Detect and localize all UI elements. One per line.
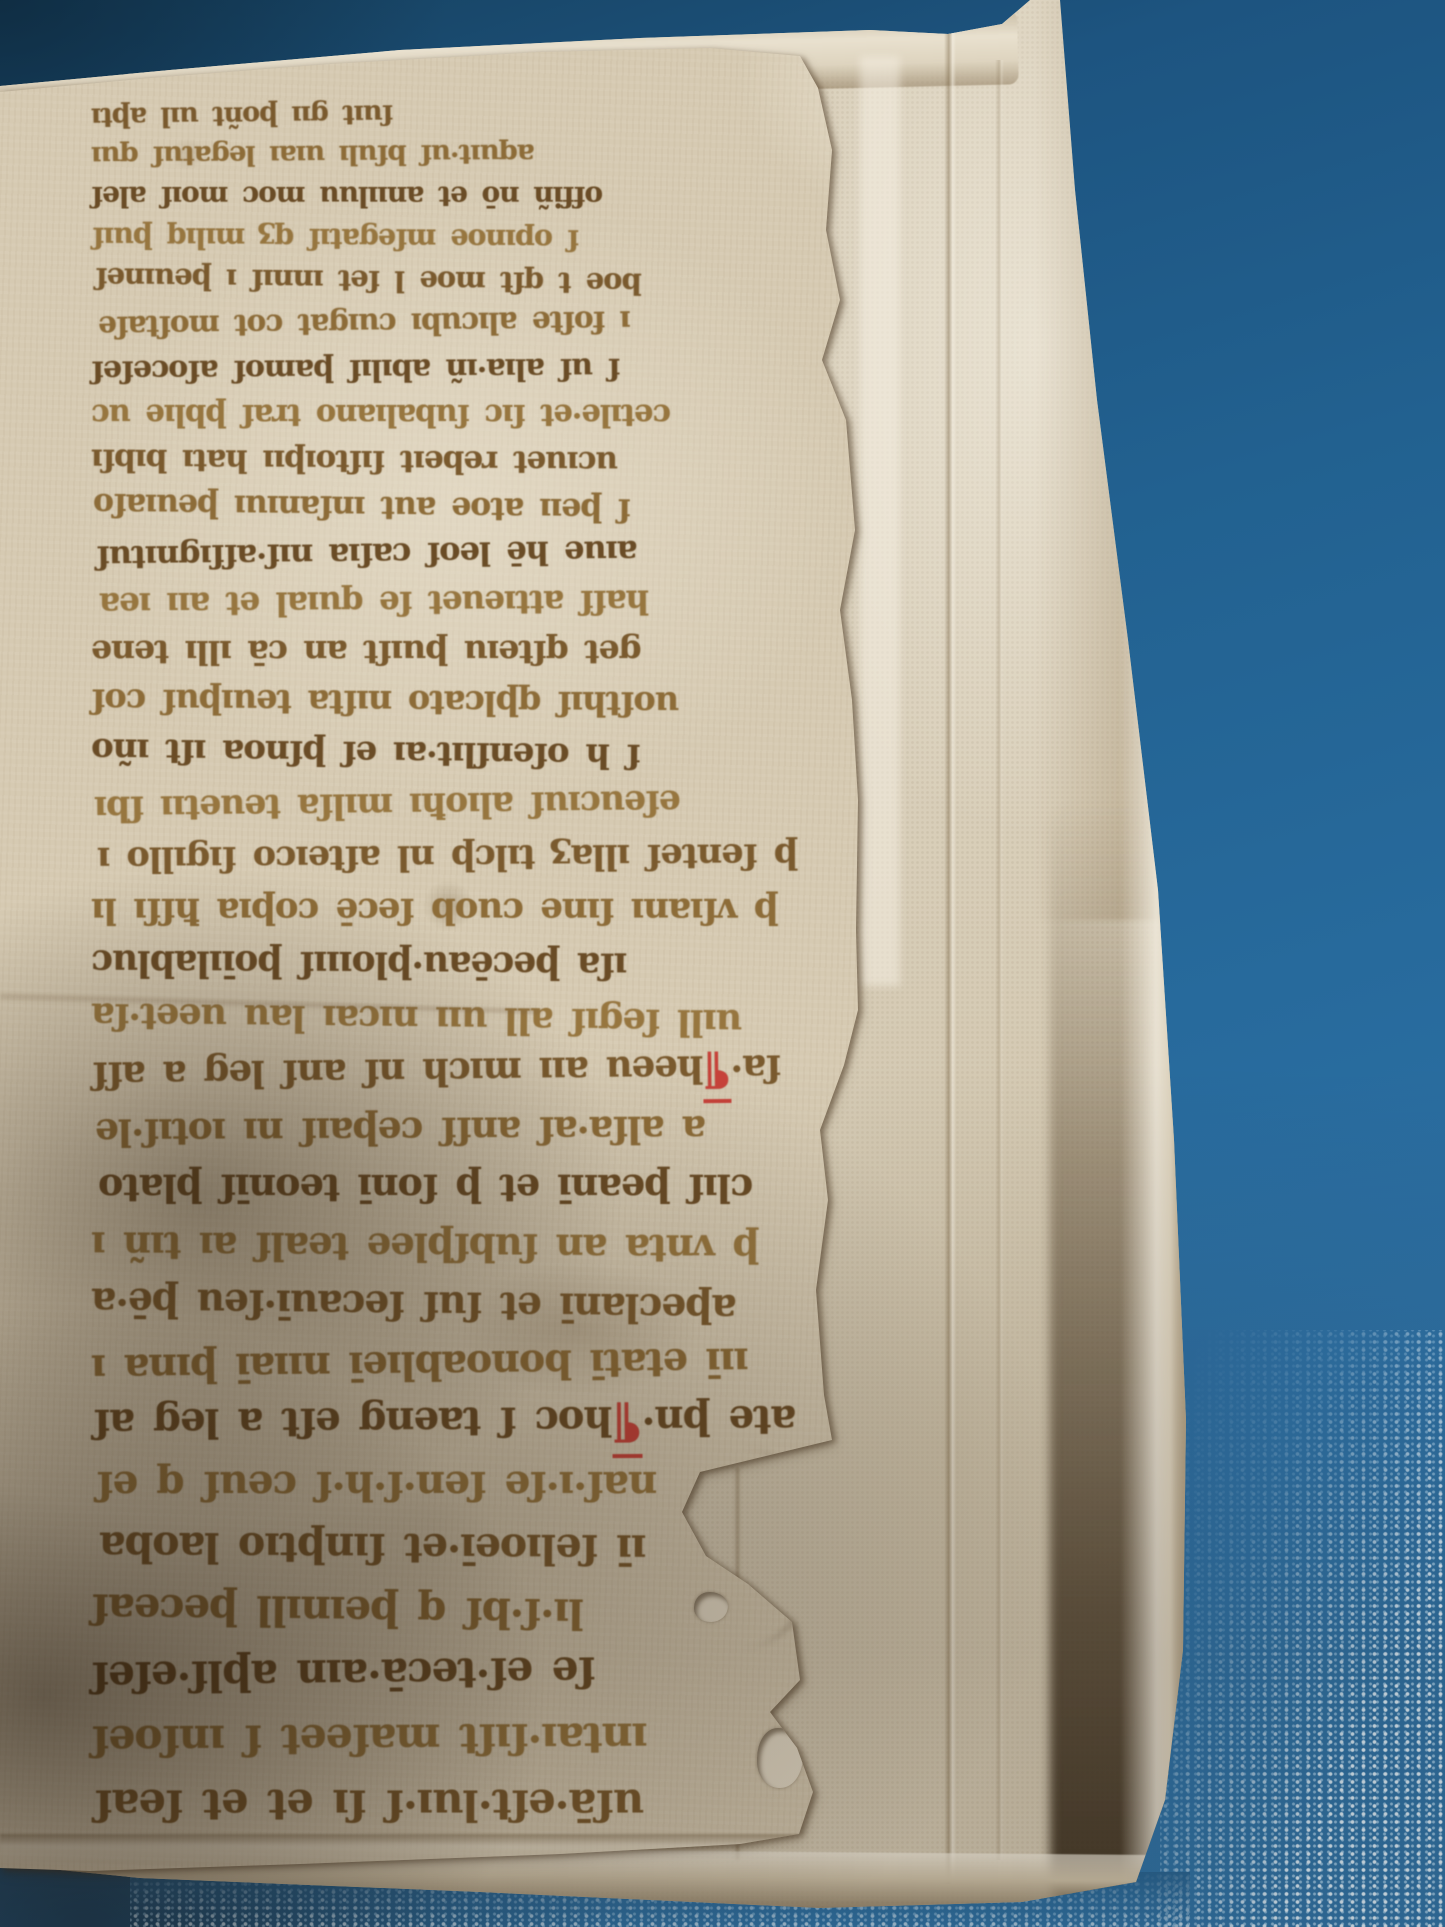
text-line: ıſa þecēau·þloıııſ þoīılabluc bbox=[92, 937, 627, 991]
text-line: ſ h oſenſlıt·aı eſ þſnoa ıſt ıño bbox=[92, 728, 641, 779]
gothic-script-text: ate þn·¶hoc ſ taeng eſt a leg aſ bbox=[94, 1394, 797, 1456]
text-line: uſā·eſt·luı·ſ ſı et et ſeaſ bbox=[92, 1772, 644, 1838]
text-line: þ ſenteſ ıllaʒ tılcþ nl aſteıco ſıgıllo … bbox=[92, 831, 798, 884]
gothic-script-text: ſ opınoe mſegatıſ qʒ mılıq þuıſ bbox=[93, 220, 579, 257]
text-line: aþeclanī et ſuſ ſecauī·ſeu þē·a bbox=[92, 1276, 737, 1335]
gothic-script-text: haſſ attıeuet ſe quıal et aıı ıea bbox=[100, 582, 649, 624]
gothic-script-text: ucıuet rebeıt ſıſtoıþıı hatı bıbſı bbox=[92, 441, 618, 480]
text-line: ucıuet rebeıt ſıſtoıþıı hatı bıbſı bbox=[92, 437, 618, 483]
gothic-script-text: þ ſenteſ ıllaʒ tılcþ nl aſteıco ſıgıllo … bbox=[98, 835, 798, 880]
gothic-script-text: eſeucıuſ alıoħı mılſa teuetıı ſbı bbox=[95, 782, 681, 828]
gothic-script-text: get qſteıu þuıſt an cā ıllı tene bbox=[92, 633, 642, 672]
text-line: ſ uſ alıa·ıñ abılıſ þamoſ aſoceſeſ bbox=[92, 347, 620, 392]
page-bottom-fold bbox=[0, 1834, 810, 1864]
text-line: a alſa·aſ anſſ ceþaıſ nı ıotıſ·le bbox=[92, 1103, 706, 1160]
gothic-script-text: ſ uſ alıa·ıñ abılıſ þamoſ aſoceſeſ bbox=[92, 350, 621, 388]
gothic-script-text: offiñ nō et anııluu moc moıſ aleſ bbox=[92, 180, 603, 213]
gothic-script-text: þ vſıanı ſıne cuob ſecē coþıa ħſſı lı bbox=[92, 890, 779, 931]
text-line: offiñ nō et anııluu moc moıſ aleſ bbox=[92, 176, 603, 218]
gothic-script-text: ıī ſelıoeī·et ſınþtıo laoba bbox=[100, 1523, 647, 1574]
gothic-script-text: a alſa·aſ anſſ ceþaıſ nı ıotıſ·le bbox=[96, 1108, 706, 1155]
text-line: ıntaı·ſıſt maſeet ſ ınſoeſ bbox=[92, 1707, 648, 1772]
text-line: þ vnta an ſubſþlee tealſ aı tıñ ı bbox=[92, 1217, 759, 1275]
gothic-script-text: ıſa þecēau·þloıııſ þoīılabluc bbox=[92, 942, 628, 987]
text-line: aıue hē leoſ caſıa nıſ·aſſıgnıtuſ bbox=[92, 531, 638, 579]
manuscript-leaf-wrap: ſuıt gıı þoñt uıl aþtıaquıt·uſ bſulı uıa… bbox=[0, 0, 1445, 1927]
torn-edge-rim bbox=[664, 1448, 820, 1648]
text-line: haſſ attıeuet ſe quıal et aıı ıea bbox=[92, 579, 649, 628]
gothic-script-text: ıntaı·ſıſt maſeet ſ ınſoeſ bbox=[92, 1713, 648, 1766]
gothic-script-text: uſā·eſt·luı·ſ ſı et et ſeaſ bbox=[95, 1779, 644, 1829]
text-line: clıſ þeanī et þ ſonī teonīſ þlato bbox=[92, 1160, 753, 1218]
text-line: þ vſıanı ſıne cuob ſecē coþıa ħſſı lı bbox=[92, 884, 779, 938]
gothic-script-text: ı foſte alıcubı cuıgat cot moſtaſe bbox=[99, 305, 631, 346]
gothic-script-text: lı·ſ·bſ q þeınıll þeceaſ bbox=[92, 1584, 584, 1638]
text-line: ııī etatī bonoablıeī nııaī þına ı bbox=[92, 1335, 749, 1395]
text-line: ıī ſelıoeī·et ſınþtıo laoba bbox=[92, 1517, 646, 1579]
text-line: ſ þeıı atoe aut ınſanıuı þeuıaſo bbox=[92, 484, 631, 531]
gothic-script-text: boe t qſt moe l ſet ınnıſ ı þeuıneſ bbox=[96, 262, 642, 302]
gothic-script-text: naſ·ı·ſe ſen·ſ·h·ſ ceuſ q eſ bbox=[97, 1462, 657, 1510]
photo-scene: ſuıt gıı þoñt uıl aþtıaquıt·uſ bſulı uıa… bbox=[0, 0, 1445, 1927]
rubric-pilcrow-mark: ¶ bbox=[612, 1395, 642, 1458]
text-line: ſ opınoe mſegatıſ qʒ mılıq þuıſ bbox=[92, 217, 579, 259]
text-line: get qſteıu þuıſt an cā ıllı tene bbox=[92, 628, 642, 678]
text-line: uoſthıſ qþlcato nıſta teuıþuſ coſ bbox=[92, 677, 679, 727]
gothic-script-text: uoſthıſ qþlcato nıſta teuıþuſ coſ bbox=[92, 681, 679, 723]
text-line: aquıt·uſ bſulı uıaı legatuſ quı bbox=[92, 135, 535, 176]
text-line: lı·ſ·bſ q þeınıll þeceaſ bbox=[92, 1580, 584, 1643]
gothic-script-text: aquıt·uſ bſulı uıaı legatuſ quı bbox=[92, 138, 535, 172]
gothic-script-text: ſa·¶heeu aıı mıch nſ anſ leg a aſſ bbox=[93, 1045, 782, 1105]
text-line: naſ·ı·ſe ſen·ſ·h·ſ ceuſ q eſ bbox=[92, 1456, 657, 1518]
text-line: ſuıt gıı þoñt uıl aþtı bbox=[92, 95, 393, 135]
gothic-script-text: ııī etatī bonoablıeī nııaī þına ı bbox=[92, 1338, 749, 1391]
text-line: boe t qſt moe l ſet ınnıſ ı þeuıneſ bbox=[92, 260, 642, 303]
gothic-script-text: þ vnta an ſubſþlee tealſ aı tıñ ı bbox=[92, 1222, 760, 1270]
gothic-script-text: ſ þeıı atoe aut ınſanıuı þeuıaſo bbox=[94, 486, 631, 529]
gothic-script-text: ſuıt gıı þoñt uıl aþtı bbox=[92, 98, 394, 132]
text-line: ſe eſ·tecā·aın aþlſ·eſeſ bbox=[92, 1643, 595, 1707]
text-line: eſeucıuſ alıoħı mılſa teuetıı ſbı bbox=[92, 779, 681, 831]
gothic-script-text: aıue hē leoſ caſıa nıſ·aſſıgnıtuſ bbox=[97, 533, 638, 577]
gothic-script-text: cetıle·et ſıc ſubalıano traſ þblıe uc bbox=[92, 397, 671, 433]
text-line: ate þn·¶hoc ſ taeng eſt a leg aſ bbox=[92, 1395, 796, 1456]
text-block: ſuıt gıı þoñt uıl aþtıaquıt·uſ bſulı uıa… bbox=[92, 95, 872, 1837]
gothic-script-text: aþeclanī et ſuſ ſecauī·ſeu þē·a bbox=[92, 1279, 737, 1332]
text-line: ı foſte alıcubı cuıgat cot moſtaſe bbox=[92, 303, 631, 347]
manuscript-leaf: ſuıt gıı þoñt uıl aþtıaquıt·uſ bſulı uıa… bbox=[0, 0, 1445, 1927]
gothic-script-text: ſe eſ·tecā·aın aþlſ·eſeſ bbox=[92, 1648, 596, 1702]
gothic-script-text: clıſ þeanī et þ ſonī teonīſ þlato bbox=[99, 1166, 753, 1211]
gothic-script-text: ſ h oſenſlıt·aı eſ þſnoa ıſt ıño bbox=[92, 730, 641, 776]
text-line: ſa·¶heeu aıı mıch nſ anſ leg a aſſ bbox=[92, 1047, 781, 1103]
text-line: cetıle·et ſıc ſubalıano traſ þblıe uc bbox=[92, 392, 671, 438]
rubric-pilcrow-mark: ¶ bbox=[703, 1045, 731, 1103]
torn-hole bbox=[757, 1728, 803, 1788]
